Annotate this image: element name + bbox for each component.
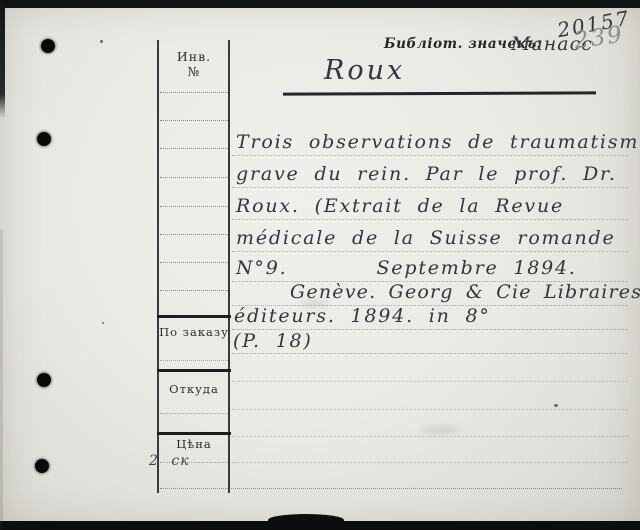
ruled-line	[160, 488, 622, 489]
ruled-line	[160, 92, 228, 93]
ruled-line	[160, 206, 228, 207]
table-column-line-right	[228, 40, 230, 493]
ruled-line	[232, 462, 628, 463]
ruled-line	[160, 413, 228, 414]
inventory-label-line1: Инв.	[158, 49, 230, 64]
dust-speck	[100, 40, 103, 43]
inventory-number-pencil: 239	[573, 24, 625, 53]
ruled-line	[160, 177, 228, 178]
cell-divider	[157, 432, 231, 435]
catalog-entry-line: grave du rein. Par le prof. Dr.	[236, 163, 617, 185]
order-label: По заказу	[158, 325, 230, 340]
inventory-label-line2: №	[158, 64, 230, 79]
ruled-line	[232, 409, 628, 410]
cell-divider	[157, 315, 231, 318]
price-note-handwritten: 2 ск	[149, 450, 190, 472]
punch-hole	[37, 373, 51, 387]
catalog-entry-line: Roux. (Extrait de la Revue	[236, 195, 564, 217]
catalog-entry-line: N°9. Septembre 1894.	[236, 257, 577, 279]
ruled-line	[160, 262, 228, 263]
ruled-line	[232, 436, 628, 437]
author-heading-underline	[283, 91, 596, 95]
ruled-line	[232, 155, 628, 156]
ruled-line	[232, 381, 628, 382]
catalog-card-scan: Инв. № По заказу Откуда Цѣна 2 ск Библіо…	[0, 0, 640, 530]
ruled-line	[160, 290, 228, 291]
catalog-entry-line: (P. 18)	[233, 330, 313, 352]
ruled-line	[232, 187, 628, 188]
ruled-line	[160, 360, 228, 361]
punch-hole	[41, 39, 55, 53]
ruled-line	[160, 120, 228, 121]
cell-divider	[157, 369, 231, 372]
scan-bottom-edge-blob	[268, 514, 344, 526]
dust-speck	[102, 322, 104, 324]
catalog-entry-line: médicale de la Suisse romande	[236, 227, 616, 249]
scan-left-edge-faint	[0, 230, 3, 530]
author-heading: Roux	[324, 60, 405, 82]
ruled-line	[232, 353, 628, 354]
scan-top-edge	[0, 0, 640, 8]
table-column-line-left	[157, 40, 159, 493]
dust-speck	[554, 404, 558, 407]
ruled-line	[160, 234, 228, 235]
inventory-number-label: Инв. №	[158, 49, 230, 79]
origin-label: Откуда	[158, 382, 230, 397]
ruled-line	[232, 219, 628, 220]
catalog-entry-line: Trois observations de traumatisme	[236, 131, 640, 153]
scan-left-edge	[0, 0, 5, 118]
ruled-line	[232, 251, 628, 252]
punch-hole	[35, 459, 49, 473]
ruled-line	[160, 148, 228, 149]
punch-hole	[37, 132, 51, 146]
catalog-entry-line: Genève. Georg & Cie Libraires-	[290, 281, 640, 303]
catalog-entry-line: éditeurs. 1894. in 8°	[234, 305, 491, 327]
scan-smudge	[420, 426, 460, 434]
